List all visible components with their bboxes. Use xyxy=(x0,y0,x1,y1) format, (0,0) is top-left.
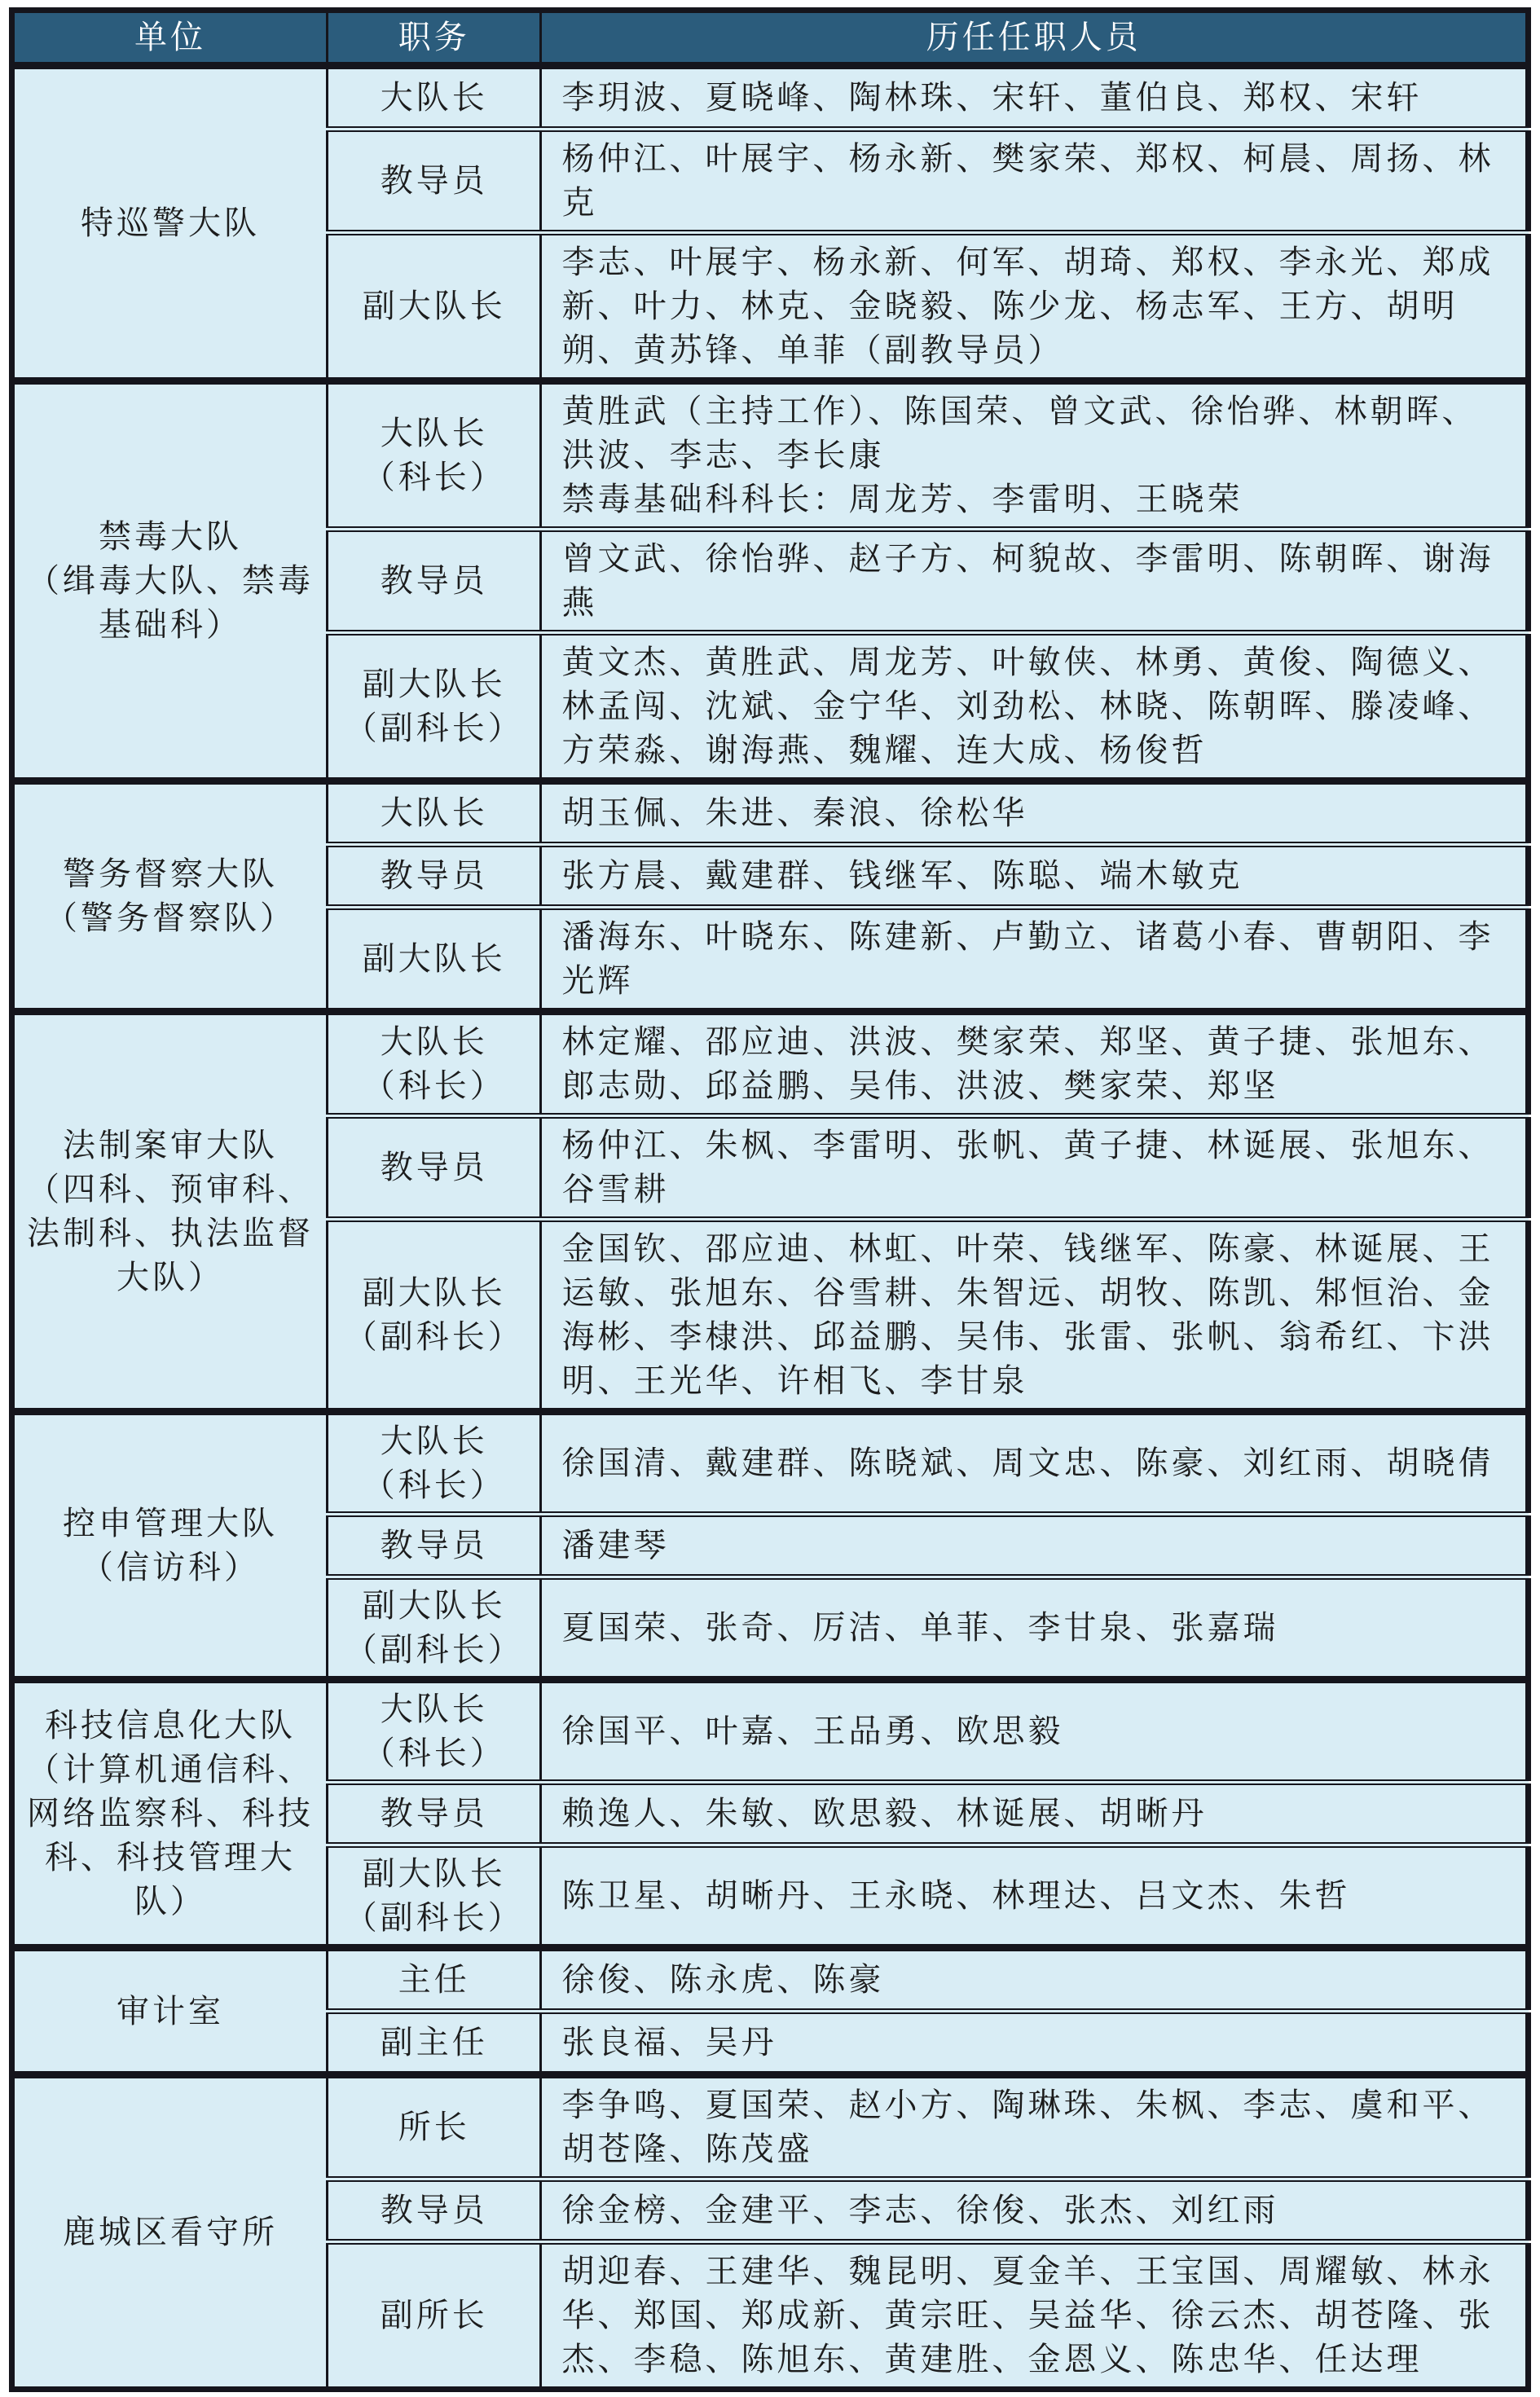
position-cell: 副所长 xyxy=(328,2242,541,2390)
unit-cell: 科技信息化大队 （计算机通信科、网络监察科、科技科、科技管理大队） xyxy=(12,1680,328,1948)
position-title: 大队长 xyxy=(330,76,538,120)
header-unit: 单位 xyxy=(12,11,328,66)
people-cell: 夏国荣、张奇、厉洁、单菲、李甘泉、张嘉瑞 xyxy=(541,1577,1529,1680)
unit-name: 审计室 xyxy=(23,1990,318,2034)
position-cell: 大队长 （科长） xyxy=(328,381,541,530)
position-title: 教导员 xyxy=(330,1792,538,1836)
table-row: 鹿城区看守所 所长 李争鸣、夏国荣、赵小方、陶琳珠、朱枫、李志、虞和平、胡苍隆、… xyxy=(12,2075,1529,2179)
unit-cell: 禁毒大队 （缉毒大队、禁毒基础科） xyxy=(12,381,328,781)
position-title: 主任 xyxy=(330,1958,538,2002)
position-cell: 大队长 （科长） xyxy=(328,1680,541,1783)
position-cell: 大队长 xyxy=(328,781,541,845)
people-cell: 张良福、吴丹 xyxy=(541,2012,1529,2075)
unit-cell: 特巡警大队 xyxy=(12,66,328,381)
unit-cell: 警务督察大队 （警务督察队） xyxy=(12,781,328,1012)
table-row: 科技信息化大队 （计算机通信科、网络监察科、科技科、科技管理大队） 大队长 （科… xyxy=(12,1680,1529,1783)
header-row: 单位 职务 历任任职人员 xyxy=(12,11,1529,66)
position-title: 所长 xyxy=(330,2105,538,2149)
position-title: 大队长 xyxy=(330,411,538,455)
position-cell: 教导员 xyxy=(328,1116,541,1220)
unit-cell: 控申管理大队 （信访科） xyxy=(12,1412,328,1680)
unit-group: 特巡警大队 大队长 李玥波、夏晓峰、陶林珠、宋轩、董伯良、郑权、宋轩 教导员 杨… xyxy=(12,66,1529,381)
table-row: 特巡警大队 大队长 李玥波、夏晓峰、陶林珠、宋轩、董伯良、郑权、宋轩 xyxy=(12,66,1529,130)
position-title: 大队长 xyxy=(330,791,538,835)
position-sub: （副科长） xyxy=(330,1315,538,1359)
header-position: 职务 xyxy=(328,11,541,66)
position-cell: 副大队长 （副科长） xyxy=(328,633,541,781)
unit-name: 鹿城区看守所 xyxy=(23,2210,318,2254)
table-row: 禁毒大队 （缉毒大队、禁毒基础科） 大队长 （科长） 黄胜武（主持工作）、陈国荣… xyxy=(12,381,1529,530)
table-row: 控申管理大队 （信访科） 大队长 （科长） 徐国清、戴建群、陈晓斌、周文忠、陈豪… xyxy=(12,1412,1529,1515)
position-cell: 副大队长 （副科长） xyxy=(328,1220,541,1412)
unit-subname: （四科、预审科、法制科、执法监督大队） xyxy=(23,1168,318,1300)
position-title: 副大队长 xyxy=(330,1271,538,1315)
people-cell: 张方晨、戴建群、钱继军、陈聪、端木敏克 xyxy=(541,845,1529,908)
position-cell: 大队长 xyxy=(328,66,541,130)
people-cell: 胡迎春、王建华、魏昆明、夏金羊、王宝国、周耀敏、林永华、郑国、郑成新、黄宗旺、吴… xyxy=(541,2242,1529,2390)
unit-subname: （缉毒大队、禁毒基础科） xyxy=(23,559,318,647)
unit-name: 特巡警大队 xyxy=(23,201,318,245)
position-cell: 副大队长 （副科长） xyxy=(328,1845,541,1948)
people-cell: 金国钦、邵应迪、林虹、叶荣、钱继军、陈豪、林诞展、王运敏、张旭东、谷雪耕、朱智远… xyxy=(541,1220,1529,1412)
people-cell: 徐国平、叶嘉、王品勇、欧思毅 xyxy=(541,1680,1529,1783)
people-cell: 徐俊、陈永虎、陈豪 xyxy=(541,1948,1529,2012)
position-sub: （副科长） xyxy=(330,706,538,750)
people-cell: 杨仲江、叶展宇、杨永新、樊家荣、郑权、柯晨、周扬、林克 xyxy=(541,130,1529,233)
position-title: 副大队长 xyxy=(330,1584,538,1628)
position-cell: 教导员 xyxy=(328,845,541,908)
people-cell: 徐国清、戴建群、陈晓斌、周文忠、陈豪、刘红雨、胡晓倩 xyxy=(541,1412,1529,1515)
table-row: 审计室 主任 徐俊、陈永虎、陈豪 xyxy=(12,1948,1529,2012)
people-cell: 林定耀、邵应迪、洪波、樊家荣、郑坚、黄子捷、张旭东、郎志勋、邱益鹏、吴伟、洪波、… xyxy=(541,1012,1529,1116)
unit-group: 控申管理大队 （信访科） 大队长 （科长） 徐国清、戴建群、陈晓斌、周文忠、陈豪… xyxy=(12,1412,1529,1680)
position-title: 教导员 xyxy=(330,159,538,203)
unit-name: 警务督察大队 xyxy=(23,852,318,896)
position-title: 副所长 xyxy=(330,2294,538,2338)
personnel-table: 单位 职务 历任任职人员 特巡警大队 大队长 李玥波、夏晓峰、陶林珠、宋轩、董伯… xyxy=(9,7,1531,2392)
position-cell: 主任 xyxy=(328,1948,541,2012)
position-title: 副大队长 xyxy=(330,1852,538,1896)
people-cell: 李玥波、夏晓峰、陶林珠、宋轩、董伯良、郑权、宋轩 xyxy=(541,66,1529,130)
people-cell: 赖逸人、朱敏、欧思毅、林诞展、胡晰丹 xyxy=(541,1783,1529,1845)
unit-name: 禁毒大队 xyxy=(23,515,318,559)
position-sub: （科长） xyxy=(330,1463,538,1507)
position-cell: 所长 xyxy=(328,2075,541,2179)
position-title: 教导员 xyxy=(330,1146,538,1190)
position-title: 大队长 xyxy=(330,1020,538,1064)
position-sub: （科长） xyxy=(330,1064,538,1108)
position-cell: 教导员 xyxy=(328,1515,541,1577)
position-title: 教导员 xyxy=(330,854,538,898)
position-title: 大队长 xyxy=(330,1419,538,1463)
position-title: 教导员 xyxy=(330,2188,538,2232)
header-people: 历任任职人员 xyxy=(541,11,1529,66)
position-title: 副主任 xyxy=(330,2021,538,2065)
position-cell: 副大队长 （副科长） xyxy=(328,1577,541,1680)
unit-subname: （警务督察队） xyxy=(23,896,318,940)
unit-group: 鹿城区看守所 所长 李争鸣、夏国荣、赵小方、陶琳珠、朱枫、李志、虞和平、胡苍隆、… xyxy=(12,2075,1529,2390)
unit-subname: （信访科） xyxy=(23,1546,318,1590)
unit-subname: （计算机通信科、网络监察科、科技科、科技管理大队） xyxy=(23,1748,318,1924)
position-sub: （科长） xyxy=(330,455,538,499)
position-sub: （副科长） xyxy=(330,1628,538,1672)
people-cell: 陈卫星、胡晰丹、王永晓、林理达、吕文杰、朱哲 xyxy=(541,1845,1529,1948)
people-cell: 杨仲江、朱枫、李雷明、张帆、黄子捷、林诞展、张旭东、谷雪耕 xyxy=(541,1116,1529,1220)
position-cell: 教导员 xyxy=(328,2179,541,2242)
position-title: 副大队长 xyxy=(330,284,538,328)
people-cell: 胡玉佩、朱进、秦浪、徐松华 xyxy=(541,781,1529,845)
people-cell: 李争鸣、夏国荣、赵小方、陶琳珠、朱枫、李志、虞和平、胡苍隆、陈茂盛 xyxy=(541,2075,1529,2179)
unit-cell: 鹿城区看守所 xyxy=(12,2075,328,2390)
people-cell: 潘海东、叶晓东、陈建新、卢勤立、诸葛小春、曹朝阳、李光辉 xyxy=(541,908,1529,1012)
position-cell: 教导员 xyxy=(328,130,541,233)
position-title: 副大队长 xyxy=(330,662,538,706)
position-cell: 大队长 （科长） xyxy=(328,1412,541,1515)
unit-name: 科技信息化大队 xyxy=(23,1704,318,1748)
unit-cell: 审计室 xyxy=(12,1948,328,2075)
position-cell: 副主任 xyxy=(328,2012,541,2075)
position-cell: 副大队长 xyxy=(328,908,541,1012)
document-page: 单位 职务 历任任职人员 特巡警大队 大队长 李玥波、夏晓峰、陶林珠、宋轩、董伯… xyxy=(0,0,1540,2397)
unit-name: 控申管理大队 xyxy=(23,1502,318,1546)
unit-group: 审计室 主任 徐俊、陈永虎、陈豪 副主任 张良福、吴丹 xyxy=(12,1948,1529,2075)
people-cell: 李志、叶展宇、杨永新、何军、胡琦、郑权、李永光、郑成新、叶力、林克、金晓毅、陈少… xyxy=(541,233,1529,381)
table-row: 法制案审大队 （四科、预审科、法制科、执法监督大队） 大队长 （科长） 林定耀、… xyxy=(12,1012,1529,1116)
people-cell: 徐金榜、金建平、李志、徐俊、张杰、刘红雨 xyxy=(541,2179,1529,2242)
position-sub: （科长） xyxy=(330,1731,538,1775)
table-header: 单位 职务 历任任职人员 xyxy=(12,11,1529,66)
position-cell: 教导员 xyxy=(328,530,541,633)
people-cell: 潘建琴 xyxy=(541,1515,1529,1577)
position-sub: （副科长） xyxy=(330,1896,538,1940)
position-cell: 副大队长 xyxy=(328,233,541,381)
position-title: 大队长 xyxy=(330,1687,538,1731)
unit-group: 法制案审大队 （四科、预审科、法制科、执法监督大队） 大队长 （科长） 林定耀、… xyxy=(12,1012,1529,1412)
position-cell: 教导员 xyxy=(328,1783,541,1845)
people-cell: 黄胜武（主持工作）、陈国荣、曾文武、徐怡骅、林朝晖、洪波、李志、李长康 禁毒基础… xyxy=(541,381,1529,530)
unit-group: 警务督察大队 （警务督察队） 大队长 胡玉佩、朱进、秦浪、徐松华 教导员 张方晨… xyxy=(12,781,1529,1012)
position-title: 教导员 xyxy=(330,559,538,603)
people-cell: 曾文武、徐怡骅、赵子方、柯貌故、李雷明、陈朝晖、谢海燕 xyxy=(541,530,1529,633)
position-title: 教导员 xyxy=(330,1524,538,1568)
position-title: 副大队长 xyxy=(330,937,538,981)
unit-group: 禁毒大队 （缉毒大队、禁毒基础科） 大队长 （科长） 黄胜武（主持工作）、陈国荣… xyxy=(12,381,1529,781)
unit-name: 法制案审大队 xyxy=(23,1124,318,1168)
table-row: 警务督察大队 （警务督察队） 大队长 胡玉佩、朱进、秦浪、徐松华 xyxy=(12,781,1529,845)
people-cell: 黄文杰、黄胜武、周龙芳、叶敏侠、林勇、黄俊、陶德义、林孟闯、沈斌、金宁华、刘劲松… xyxy=(541,633,1529,781)
unit-group: 科技信息化大队 （计算机通信科、网络监察科、科技科、科技管理大队） 大队长 （科… xyxy=(12,1680,1529,1948)
unit-cell: 法制案审大队 （四科、预审科、法制科、执法监督大队） xyxy=(12,1012,328,1412)
position-cell: 大队长 （科长） xyxy=(328,1012,541,1116)
